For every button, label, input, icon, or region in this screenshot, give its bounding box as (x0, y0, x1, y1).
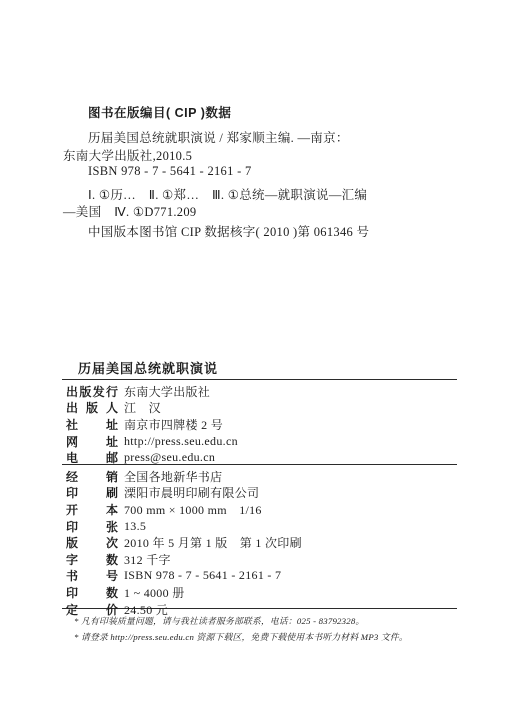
info-row-distributor: 经销 全国各地新华书店 (66, 468, 302, 485)
info-row-website: 网址 http://press.seu.edu.cn (66, 433, 238, 450)
info-row-sheets: 印张 13.5 (66, 518, 302, 535)
info-label: 出版人 (66, 399, 118, 416)
cip-heading: 图书在版编目( CIP )数据 (88, 103, 231, 121)
info-row-print-run: 印数 1 ~ 4000 册 (66, 584, 302, 601)
info-row-publisher-person: 出版人 江 汉 (66, 400, 238, 417)
info-value: 1 ~ 4000 册 (124, 584, 185, 601)
book-title: 历届美国总统就职演说 (78, 358, 218, 377)
publisher-info-block: 出版发行 东南大学出版社 出版人 江 汉 社址 南京市四牌楼 2 号 网址 ht… (66, 383, 238, 466)
info-row-address: 社址 南京市四牌楼 2 号 (66, 416, 238, 433)
info-label: 经销 (66, 468, 118, 485)
info-value: ISBN 978 - 7 - 5641 - 2161 - 7 (124, 568, 281, 583)
info-label: 印刷 (66, 484, 118, 501)
cip-entry-line-2: 东南大学出版社,2010.5 (63, 146, 192, 164)
info-value: 13.5 (124, 519, 146, 534)
info-value: 全国各地新华书店 (124, 468, 222, 485)
info-label: 书号 (66, 567, 118, 584)
info-label: 印数 (66, 584, 118, 601)
info-value: 东南大学出版社 (124, 383, 210, 400)
cip-record-number: 中国版本图书馆 CIP 数据核字( 2010 )第 061346 号 (88, 222, 369, 240)
info-value: 312 千字 (124, 551, 171, 568)
info-label: 字数 (66, 551, 118, 568)
info-value: 700 mm × 1000 mm 1/16 (124, 501, 262, 518)
info-label: 开本 (66, 501, 118, 518)
info-label: 电邮 (66, 449, 118, 466)
copyright-page: 图书在版编目( CIP )数据 历届美国总统就职演说 / 郑家顺主编. —南京：… (0, 0, 516, 715)
info-value: 南京市四牌楼 2 号 (124, 416, 223, 433)
info-row-publisher: 出版发行 东南大学出版社 (66, 383, 238, 400)
info-row-printer: 印刷 溧阳市晨明印刷有限公司 (66, 485, 302, 502)
info-label: 出版发行 (66, 383, 118, 400)
info-label: 网址 (66, 433, 118, 450)
info-row-word-count: 字数 312 千字 (66, 551, 302, 568)
footnote-quality: * 凡有印装质量问题，请与我社读者服务部联系，电话：025 - 83792328… (74, 613, 408, 629)
info-value: 江 汉 (124, 399, 161, 416)
printing-info-block: 经销 全国各地新华书店 印刷 溧阳市晨明印刷有限公司 开本 700 mm × 1… (66, 468, 302, 617)
cip-classification-line-1: Ⅰ. ①历… Ⅱ. ①郑… Ⅲ. ①总统—就职演说—汇编 (88, 185, 367, 203)
cip-isbn-line: ISBN 978 - 7 - 5641 - 2161 - 7 (88, 164, 252, 179)
cip-entry-line-1: 历届美国总统就职演说 / 郑家顺主编. —南京： (88, 128, 349, 146)
info-row-edition: 版次 2010 年 5 月第 1 版 第 1 次印刷 (66, 534, 302, 551)
footnotes-block: * 凡有印装质量问题，请与我社读者服务部联系，电话：025 - 83792328… (74, 613, 408, 645)
info-value: 2010 年 5 月第 1 版 第 1 次印刷 (124, 534, 302, 551)
info-value: 溧阳市晨明印刷有限公司 (124, 484, 259, 501)
footnote-mp3-download: * 请登录 http://press.seu.edu.cn 资源下载区，免费下载… (74, 629, 408, 645)
cip-classification-line-2: —美国 Ⅳ. ①D771.209 (63, 202, 196, 220)
info-label: 社址 (66, 416, 118, 433)
info-row-format: 开本 700 mm × 1000 mm 1/16 (66, 501, 302, 518)
info-value: http://press.seu.edu.cn (124, 434, 238, 449)
info-label: 印张 (66, 518, 118, 535)
info-row-isbn: 书号 ISBN 978 - 7 - 5641 - 2161 - 7 (66, 568, 302, 585)
info-row-email: 电邮 press@seu.edu.cn (66, 449, 238, 466)
info-label: 版次 (66, 534, 118, 551)
info-value: press@seu.edu.cn (124, 450, 215, 465)
divider-rule-top (62, 379, 457, 380)
